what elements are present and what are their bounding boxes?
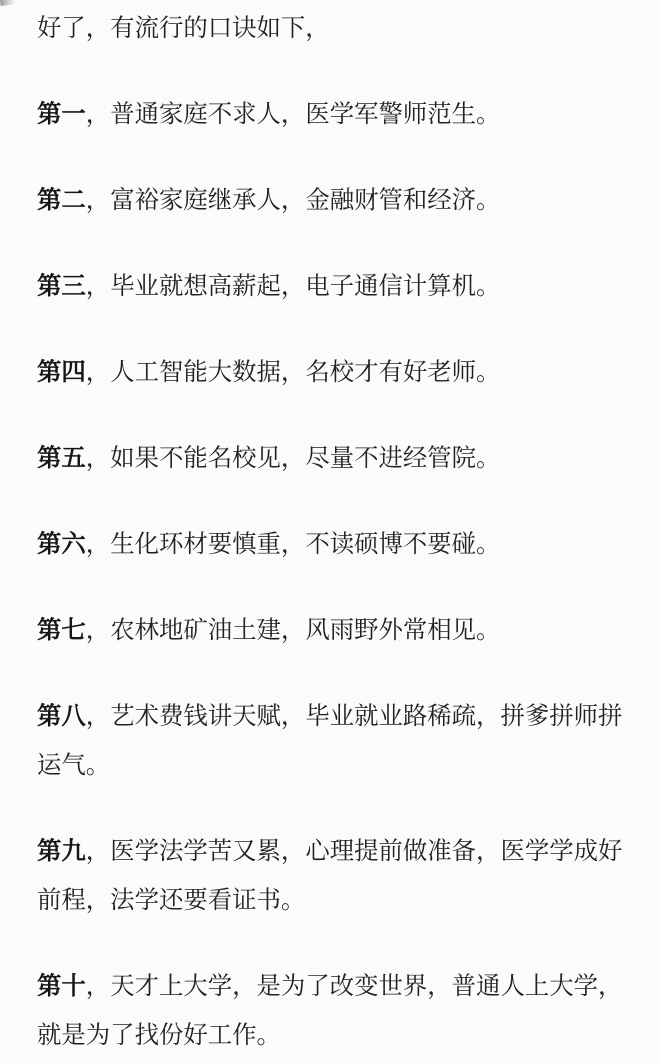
- verse-paragraph: 第九，医学法学苦又累，心理提前做准备，医学学成好前程，法学还要看证书。: [37, 826, 623, 924]
- verse-number: 第七: [37, 615, 86, 644]
- verse-paragraph: 第十，天才上大学，是为了改变世界，普通人上大学，就是为了找份好工作。: [37, 961, 623, 1059]
- verse-text: ，艺术费钱讲天赋，毕业就业路稀疏，拼爹拼师拼运气。: [37, 701, 622, 779]
- verse-text: ，农林地矿油土建，风雨野外常相见。: [86, 615, 501, 644]
- document-body: 好了，有流行的口诀如下， 第一，普通家庭不求人，医学军警师范生。 第二，富裕家庭…: [0, 0, 660, 1059]
- verse-number: 第九: [37, 836, 86, 865]
- intro-text: 好了，有流行的口诀如下，: [37, 13, 330, 42]
- verse-text: ，天才上大学，是为了改变世界，普通人上大学，就是为了找份好工作。: [37, 971, 622, 1049]
- verse-paragraph: 第二，富裕家庭继承人，金融财管和经济。: [37, 175, 623, 224]
- verse-list: 第一，普通家庭不求人，医学军警师范生。 第二，富裕家庭继承人，金融财管和经济。 …: [37, 89, 623, 1059]
- verse-paragraph: 第三，毕业就想高薪起，电子通信计算机。: [37, 261, 623, 310]
- verse-number: 第八: [37, 701, 86, 730]
- verse-text: ，如果不能名校见，尽量不进经管院。: [86, 443, 501, 472]
- verse-number: 第一: [37, 99, 86, 128]
- verse-number: 第二: [37, 185, 86, 214]
- verse-paragraph: 第八，艺术费钱讲天赋，毕业就业路稀疏，拼爹拼师拼运气。: [37, 691, 623, 789]
- verse-text: ，富裕家庭继承人，金融财管和经济。: [86, 185, 501, 214]
- verse-text: ，毕业就想高薪起，电子通信计算机。: [86, 271, 501, 300]
- verse-paragraph: 第六，生化环材要慎重，不读硕博不要碰。: [37, 519, 623, 568]
- verse-number: 第三: [37, 271, 86, 300]
- verse-paragraph: 第五，如果不能名校见，尽量不进经管院。: [37, 433, 623, 482]
- verse-text: ，医学法学苦又累，心理提前做准备，医学学成好前程，法学还要看证书。: [37, 836, 622, 914]
- verse-paragraph: 第一，普通家庭不求人，医学军警师范生。: [37, 89, 623, 138]
- verse-paragraph: 第七，农林地矿油土建，风雨野外常相见。: [37, 605, 623, 654]
- verse-text: ，人工智能大数据，名校才有好老师。: [86, 357, 501, 386]
- verse-number: 第五: [37, 443, 86, 472]
- verse-text: ，生化环材要慎重，不读硕博不要碰。: [86, 529, 501, 558]
- verse-number: 第十: [37, 971, 86, 1000]
- verse-number: 第四: [37, 357, 86, 386]
- verse-number: 第六: [37, 529, 86, 558]
- verse-text: ，普通家庭不求人，医学军警师范生。: [86, 99, 501, 128]
- intro-paragraph: 好了，有流行的口诀如下，: [37, 3, 623, 52]
- verse-paragraph: 第四，人工智能大数据，名校才有好老师。: [37, 347, 623, 396]
